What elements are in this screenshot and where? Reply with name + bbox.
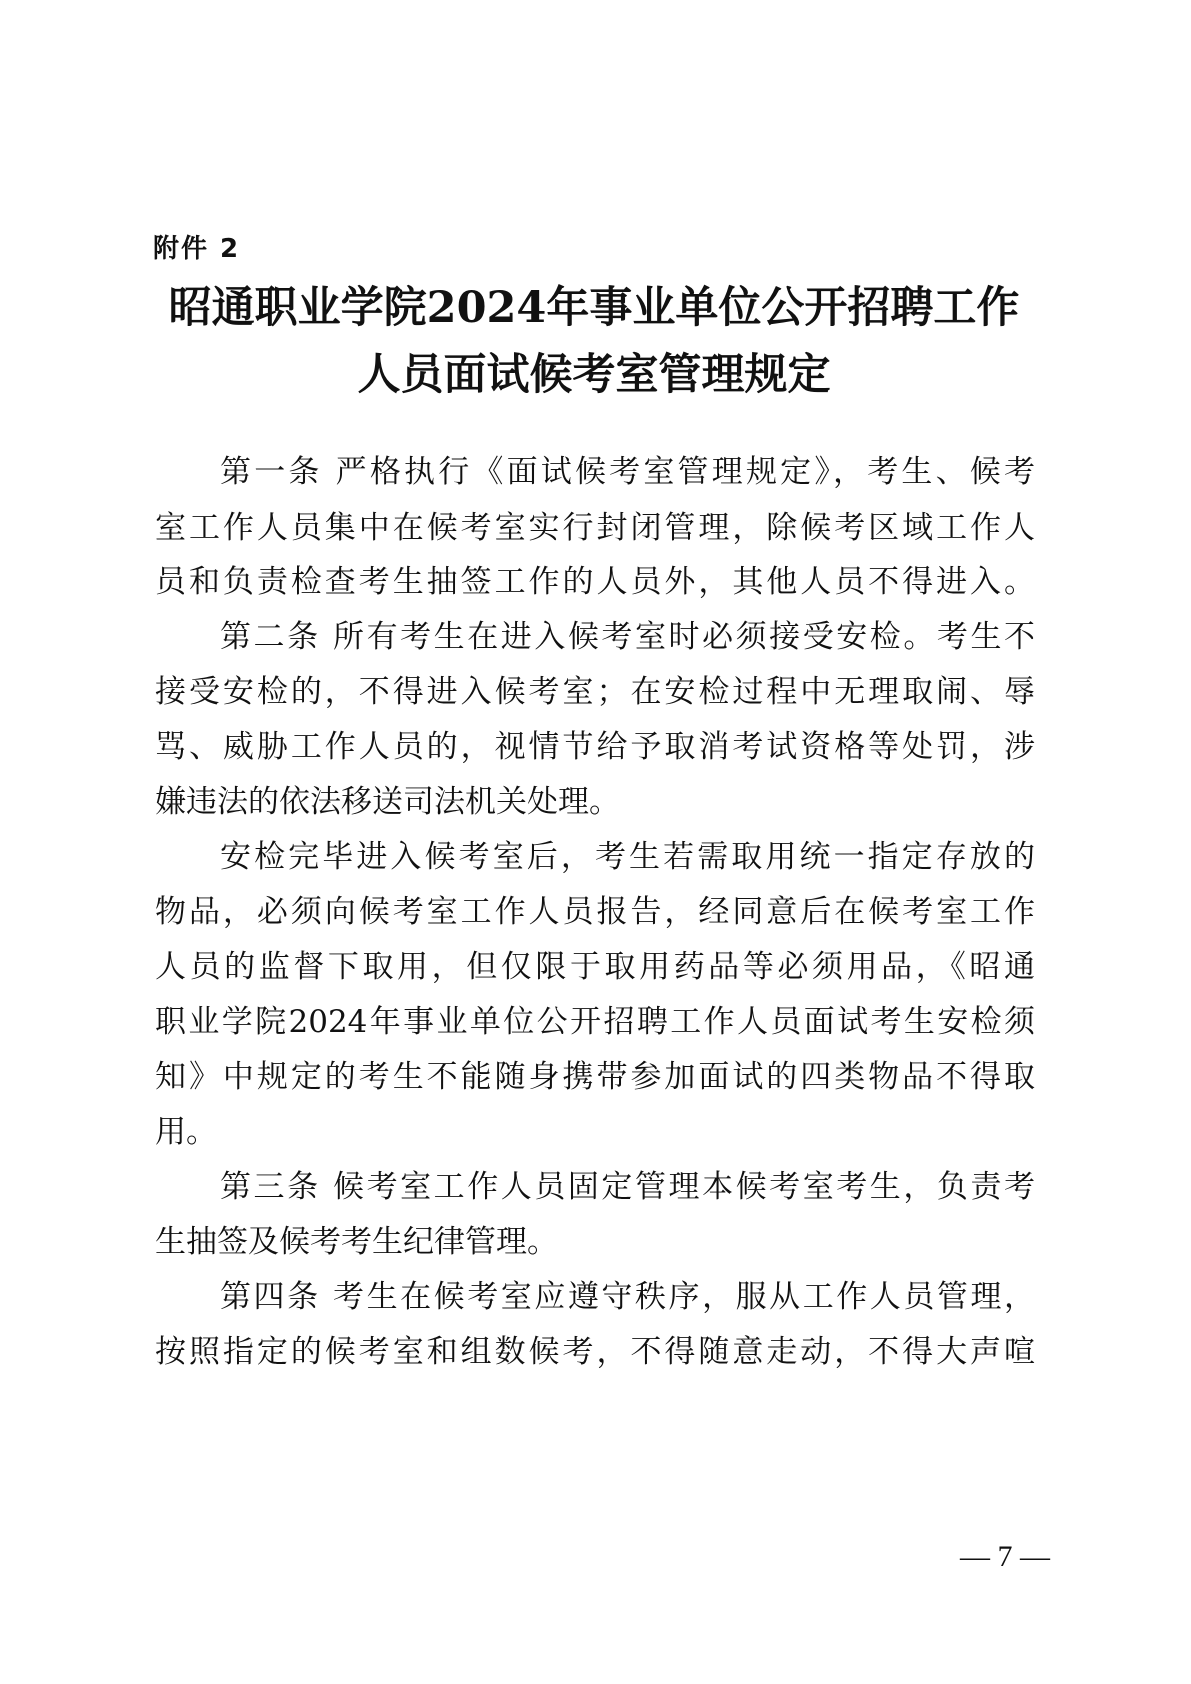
body-line: 嫌违法的依法移送司法机关处理。	[155, 782, 1035, 822]
body-line: 职业学院2024年事业单位公开招聘工作人员面试考生安检须	[155, 1002, 1035, 1042]
body-line: 生抽签及候考考生纪律管理。	[155, 1222, 1035, 1262]
body-line: 第一条 严格执行《面试候考室管理规定》，考生、候考	[220, 452, 1035, 492]
body-line: 员和负责检查考生抽签工作的人员外，其他人员不得进入。	[155, 562, 1035, 602]
body-line: 骂、威胁工作人员的，视情节给予取消考试资格等处罚，涉	[155, 727, 1035, 767]
body-line: 用。	[155, 1112, 1035, 1152]
document-title-line-2: 人员面试候考室管理规定	[153, 345, 1035, 405]
body-line: 知》中规定的考生不能随身携带参加面试的四类物品不得取	[155, 1057, 1035, 1097]
body-line: 按照指定的候考室和组数候考，不得随意走动，不得大声喧	[155, 1332, 1035, 1372]
document-title-line-1: 昭通职业学院2024年事业单位公开招聘工作	[153, 278, 1035, 338]
body-line: 物品，必须向候考室工作人员报告，经同意后在候考室工作	[155, 892, 1035, 932]
attachment-label: 附件 2	[153, 228, 240, 265]
body-line: 人员的监督下取用，但仅限于取用药品等必须用品，《昭通	[155, 947, 1035, 987]
body-line: 室工作人员集中在候考室实行封闭管理，除候考区域工作人	[155, 508, 1035, 548]
body-line: 接受安检的，不得进入候考室；在安检过程中无理取闹、辱	[155, 672, 1035, 712]
body-line: 第三条 候考室工作人员固定管理本候考室考生，负责考	[220, 1167, 1035, 1207]
page-number: — 7 —	[960, 1540, 1050, 1574]
body-line: 第四条 考生在候考室应遵守秩序，服从工作人员管理，	[220, 1277, 1035, 1317]
document-page: 附件 2 昭通职业学院2024年事业单位公开招聘工作 人员面试候考室管理规定 第…	[0, 0, 1191, 1684]
body-line: 第二条 所有考生在进入候考室时必须接受安检。考生不	[220, 617, 1035, 657]
body-line: 安检完毕进入候考室后，考生若需取用统一指定存放的	[220, 837, 1035, 877]
